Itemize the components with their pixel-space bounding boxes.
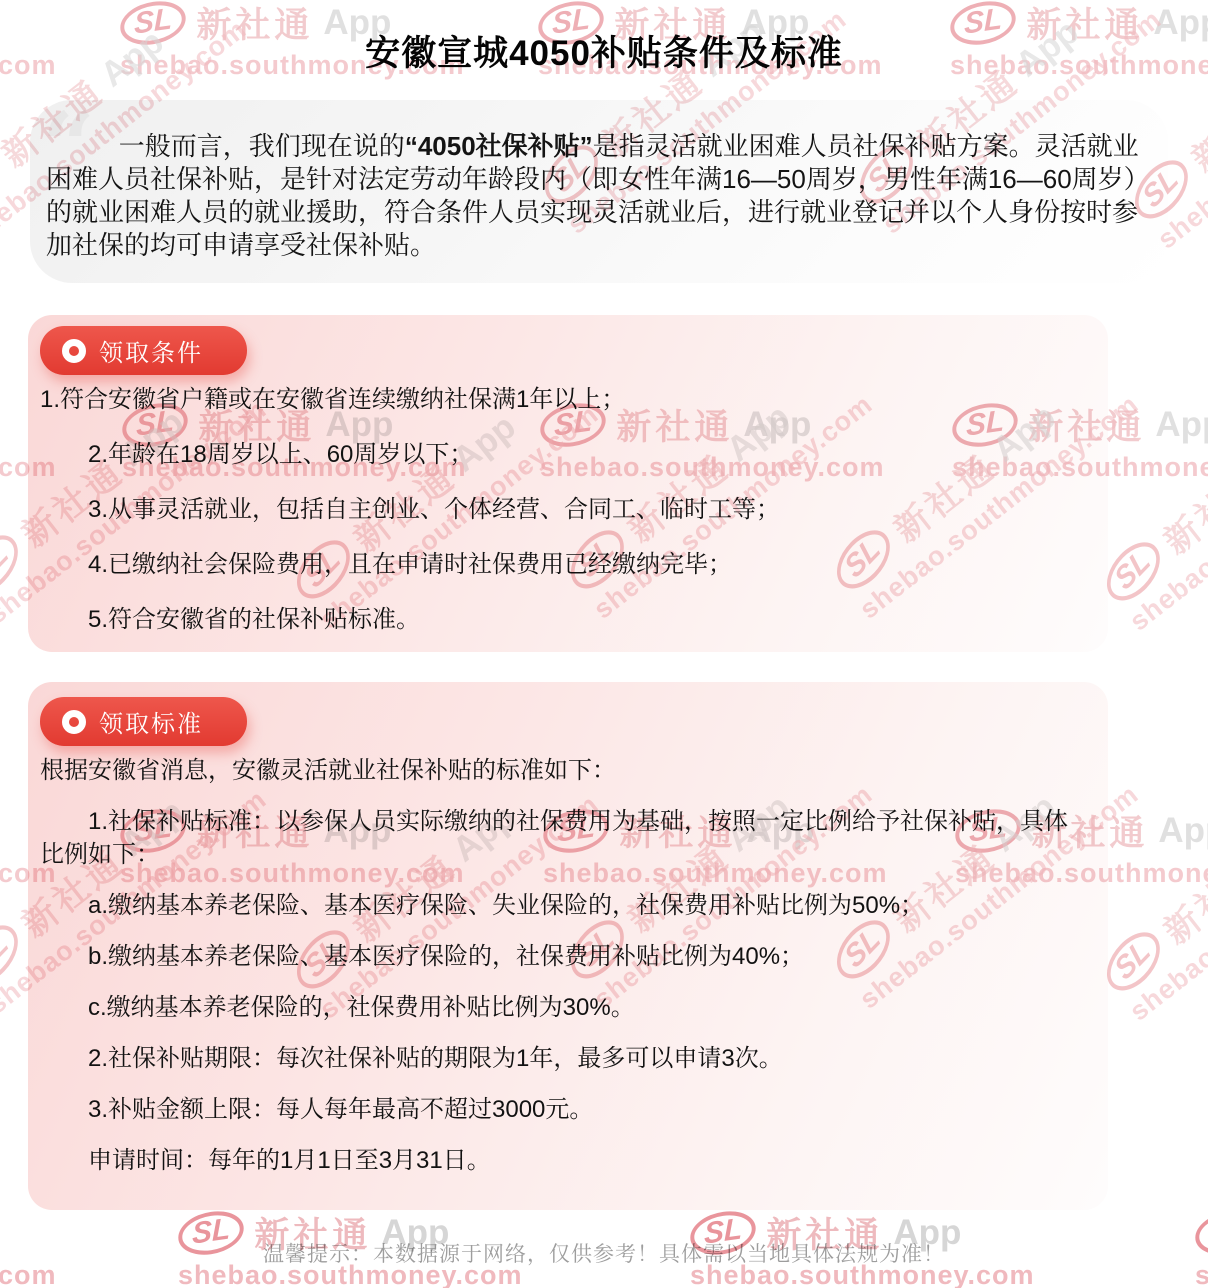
standard-item: b.缴纳基本养老保险、基本医疗保险的，社保费用补贴比例为40%；	[40, 940, 1088, 973]
section-conditions: 领取条件 1.符合安徽省户籍或在安徽省连续缴纳社保满1年以上； 2.年龄在18周…	[28, 315, 1108, 652]
page-title: 安徽宣城4050补贴条件及标准	[0, 0, 1208, 76]
article-page: 安徽宣城4050补贴条件及标准 “ 一般而言，我们现在说的“4050社保补贴”是…	[0, 0, 1208, 1268]
badge-label: 领取标准	[99, 704, 203, 739]
condition-item: 2.年龄在18周岁以上、60周岁以下；	[40, 438, 1088, 471]
section-standards: 领取标准 根据安徽省消息，安徽灵活就业社保补贴的标准如下： 1.社保补贴标准：以…	[28, 682, 1108, 1210]
condition-item: 4.已缴纳社会保险费用，且在申请时社保费用已经缴纳完毕；	[40, 548, 1088, 581]
intro-pre-text: 一般而言，我们现在说的	[119, 131, 405, 161]
footer-disclaimer: 温馨提示：本数据源于网络，仅供参考！具体需以当地具体法规为准！	[0, 1238, 1208, 1268]
standards-intro: 根据安徽省消息，安徽灵活就业社保补贴的标准如下：	[40, 754, 1088, 787]
standard-item: c.缴纳基本养老保险的，社保费用补贴比例为30%。	[40, 991, 1088, 1024]
standard-item: 2.社保补贴期限：每次社保补贴的期限为1年，最多可以申请3次。	[40, 1042, 1088, 1075]
quote-icon: “	[42, 100, 95, 192]
standard-item: 3.补贴金额上限：每人每年最高不超过3000元。	[40, 1093, 1088, 1126]
condition-item: 1.符合安徽省户籍或在安徽省连续缴纳社保满1年以上；	[40, 383, 1088, 416]
standard-item: 申请时间：每年的1月1日至3月31日。	[40, 1144, 1088, 1177]
standard-item: 1.社保补贴标准：以参保人员实际缴纳的社保费用为基础，按照一定比例给予社保补贴，…	[40, 805, 1088, 871]
badge-label: 领取条件	[99, 333, 203, 368]
standard-item: a.缴纳基本养老保险、基本医疗保险、失业保险的，社保费用补贴比例为50%；	[40, 889, 1088, 922]
intro-paragraph: 一般而言，我们现在说的“4050社保补贴”是指灵活就业困难人员社保补贴方案。灵活…	[46, 130, 1150, 262]
ring-icon	[62, 339, 86, 363]
standards-badge: 领取标准	[40, 697, 247, 746]
condition-item: 3.从事灵活就业，包括自主创业、个体经营、合同工、临时工等；	[40, 493, 1088, 526]
intro-bold-term: “4050社保补贴”	[405, 131, 593, 161]
conditions-badge: 领取条件	[40, 326, 247, 375]
ring-icon	[62, 710, 86, 734]
condition-item: 5.符合安徽省的社保补贴标准。	[40, 603, 1088, 636]
quote-block: “ 一般而言，我们现在说的“4050社保补贴”是指灵活就业困难人员社保补贴方案。…	[30, 100, 1168, 283]
